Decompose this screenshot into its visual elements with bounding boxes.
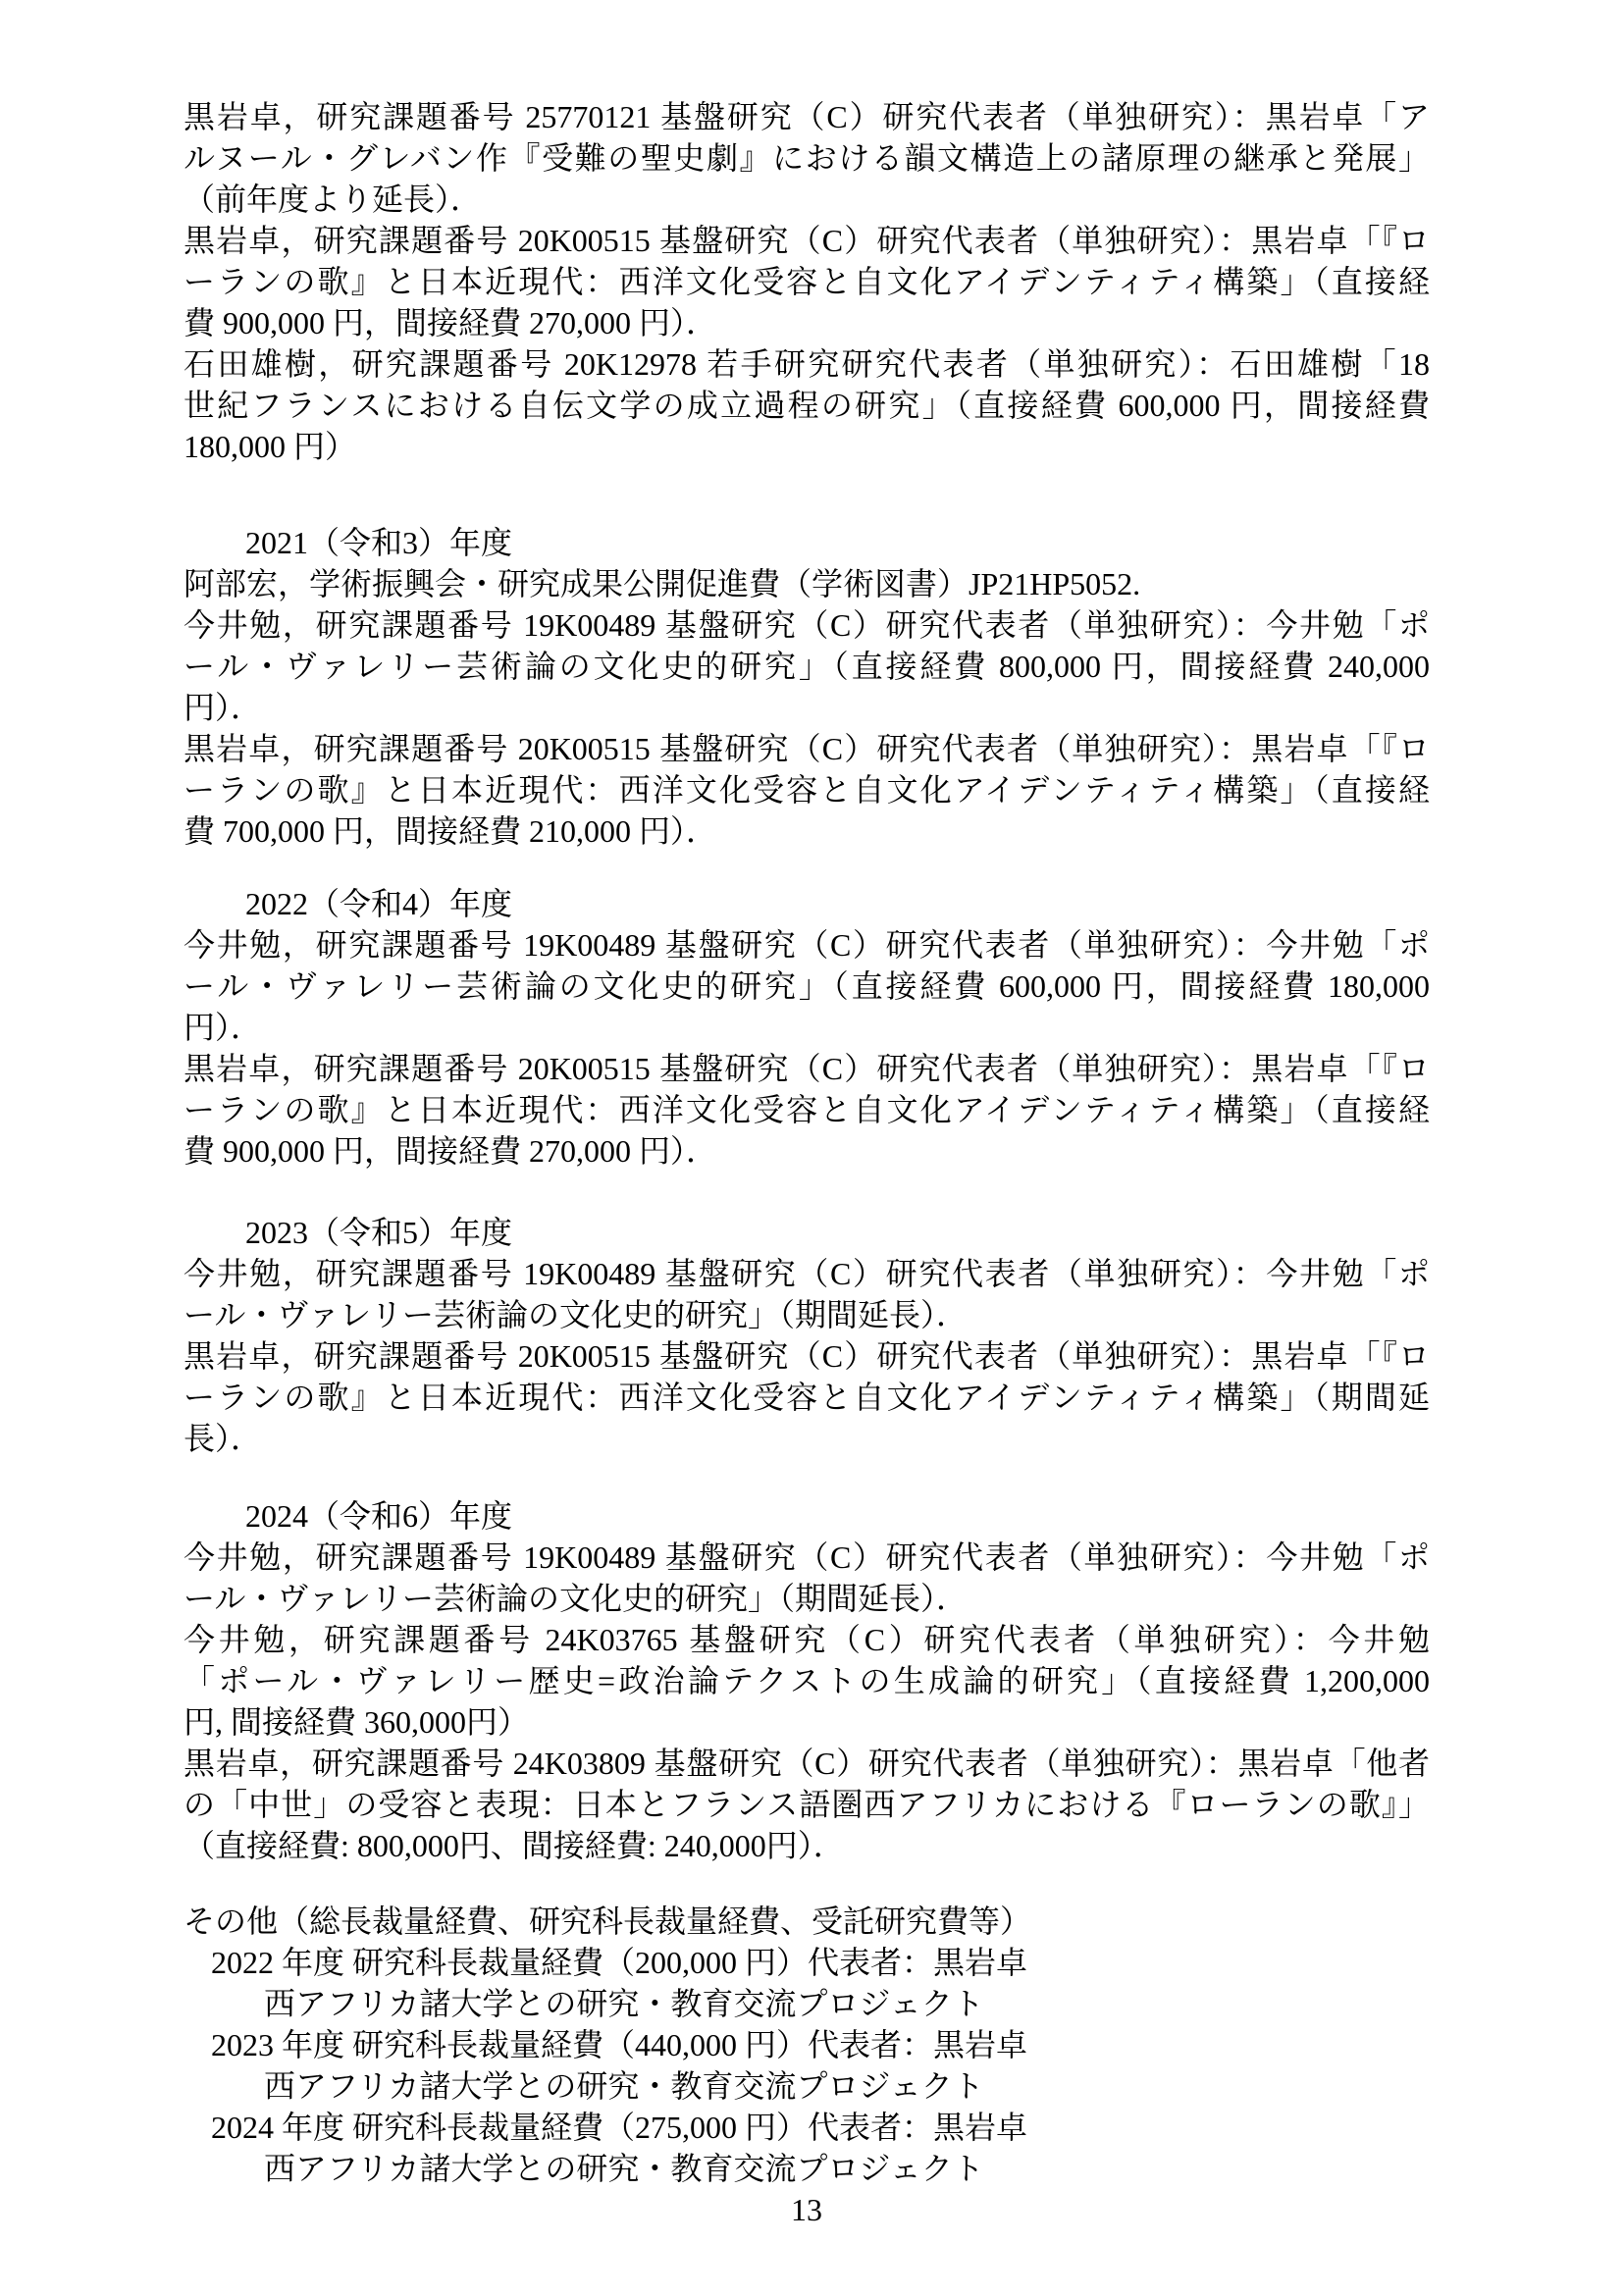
- text-line: 円, 間接経費 360,000円）: [183, 1701, 1430, 1743]
- text-line: （直接経費: 800,000円、間接経費: 240,000円）．: [183, 1825, 1430, 1866]
- text-line: 黒岩卓，研究課題番号 25770121 基盤研究（C）研究代表者（単独研究）：黒…: [183, 96, 1430, 137]
- text-line: 黒岩卓，研究課題番号 20K00515 基盤研究（C）研究代表者（単独研究）：黒…: [183, 1048, 1430, 1089]
- document-content: 黒岩卓，研究課題番号 25770121 基盤研究（C）研究代表者（単独研究）：黒…: [183, 96, 1430, 2189]
- text-line: ーランの歌』と日本近現代：西洋文化受容と自文化アイデンティティ構築」（期間延: [183, 1377, 1430, 1418]
- text-line: 2022 年度 研究科長裁量経費（200,000 円）代表者：黒岩卓: [183, 1942, 1430, 1983]
- grant-section: 2021（令和3）年度阿部宏，学術振興会・研究成果公開促進費（学術図書）JP21…: [183, 522, 1430, 852]
- text-line: 黒岩卓，研究課題番号 20K00515 基盤研究（C）研究代表者（単独研究）：黒…: [183, 728, 1430, 769]
- text-line: ーランの歌』と日本近現代：西洋文化受容と自文化アイデンティティ構築」（直接経: [183, 261, 1430, 302]
- text-line: 今井勉，研究課題番号 19K00489 基盤研究（C）研究代表者（単独研究）：今…: [183, 924, 1430, 965]
- text-line: 円）．: [183, 1007, 1430, 1048]
- text-line: 今井勉，研究課題番号 19K00489 基盤研究（C）研究代表者（単独研究）：今…: [183, 1253, 1430, 1294]
- text-line: 2023 年度 研究科長裁量経費（440,000 円）代表者：黒岩卓: [183, 2024, 1430, 2065]
- text-line: 今井勉，研究課題番号 19K00489 基盤研究（C）研究代表者（単独研究）：今…: [183, 1537, 1430, 1578]
- text-line: ール・ヴァレリー芸術論の文化史的研究」（直接経費 800,000 円，間接経費 …: [183, 646, 1430, 687]
- page-number: 13: [183, 2189, 1430, 2230]
- grant-section-continued: 黒岩卓，研究課題番号 25770121 基盤研究（C）研究代表者（単独研究）：黒…: [183, 96, 1430, 467]
- document-page: 黒岩卓，研究課題番号 25770121 基盤研究（C）研究代表者（単独研究）：黒…: [0, 0, 1624, 2295]
- text-line: 黒岩卓，研究課題番号 20K00515 基盤研究（C）研究代表者（単独研究）：黒…: [183, 1335, 1430, 1377]
- text-line: 西アフリカ諸大学との研究・教育交流プロジェクト: [183, 2148, 1430, 2189]
- grant-section: 2022（令和4）年度今井勉，研究課題番号 19K00489 基盤研究（C）研究…: [183, 883, 1430, 1172]
- text-line: 費 900,000 円，間接経費 270,000 円）．: [183, 1130, 1430, 1172]
- section-heading: 2021（令和3）年度: [183, 522, 1430, 563]
- grant-section: 2024（令和6）年度今井勉，研究課題番号 19K00489 基盤研究（C）研究…: [183, 1495, 1430, 1866]
- section-heading: その他（総長裁量経費、研究科長裁量経費、受託研究費等）: [183, 1901, 1430, 1942]
- text-line: ール・ヴァレリー芸術論の文化史的研究」（直接経費 600,000 円，間接経費 …: [183, 965, 1430, 1007]
- text-line: 石田雄樹，研究課題番号 20K12978 若手研究研究代表者（単独研究）：石田雄…: [183, 343, 1430, 385]
- text-line: 黒岩卓，研究課題番号 24K03809 基盤研究（C）研究代表者（単独研究）：黒…: [183, 1743, 1430, 1784]
- section-heading: 2022（令和4）年度: [183, 883, 1430, 924]
- text-line: （前年度より延長）．: [183, 179, 1430, 220]
- text-line: 費 700,000 円，間接経費 210,000 円）．: [183, 810, 1430, 852]
- text-line: の「中世」の受容と表現：日本とフランス語圏西アフリカにおける『ローランの歌』」: [183, 1784, 1430, 1825]
- text-line: ーランの歌』と日本近現代：西洋文化受容と自文化アイデンティティ構築」（直接経: [183, 769, 1430, 810]
- text-line: 西アフリカ諸大学との研究・教育交流プロジェクト: [183, 1983, 1430, 2024]
- grant-section: 2023（令和5）年度今井勉，研究課題番号 19K00489 基盤研究（C）研究…: [183, 1212, 1430, 1459]
- text-line: ール・ヴァレリー芸術論の文化史的研究」（期間延長）．: [183, 1294, 1430, 1335]
- text-line: ール・ヴァレリー芸術論の文化史的研究」（期間延長）．: [183, 1578, 1430, 1619]
- text-line: 阿部宏，学術振興会・研究成果公開促進費（学術図書）JP21HP5052.: [183, 563, 1430, 604]
- text-line: 黒岩卓，研究課題番号 20K00515 基盤研究（C）研究代表者（単独研究）：黒…: [183, 220, 1430, 261]
- text-line: 長）．: [183, 1418, 1430, 1459]
- text-line: 世紀フランスにおける自伝文学の成立過程の研究」（直接経費 600,000 円，間…: [183, 385, 1430, 426]
- text-line: 今井勉，研究課題番号 24K03765 基盤研究（C）研究代表者（単独研究）：今…: [183, 1619, 1430, 1660]
- grant-section: その他（総長裁量経費、研究科長裁量経費、受託研究費等）2022 年度 研究科長裁…: [183, 1901, 1430, 2189]
- text-line: 「ポール・ヴァレリー歴史=政治論テクストの生成論的研究」（直接経費 1,200,…: [183, 1660, 1430, 1701]
- text-line: 2024 年度 研究科長裁量経費（275,000 円）代表者：黒岩卓: [183, 2107, 1430, 2148]
- text-line: 費 900,000 円，間接経費 270,000 円）．: [183, 302, 1430, 343]
- text-line: 円）．: [183, 687, 1430, 728]
- text-line: 今井勉，研究課題番号 19K00489 基盤研究（C）研究代表者（単独研究）：今…: [183, 604, 1430, 646]
- section-heading: 2023（令和5）年度: [183, 1212, 1430, 1253]
- text-line: 西アフリカ諸大学との研究・教育交流プロジェクト: [183, 2065, 1430, 2107]
- text-line: 180,000 円）: [183, 426, 1430, 467]
- text-line: ルヌール・グレバン作『受難の聖史劇』における韻文構造上の諸原理の継承と発展」: [183, 137, 1430, 179]
- text-line: ーランの歌』と日本近現代：西洋文化受容と自文化アイデンティティ構築」（直接経: [183, 1089, 1430, 1130]
- section-heading: 2024（令和6）年度: [183, 1495, 1430, 1537]
